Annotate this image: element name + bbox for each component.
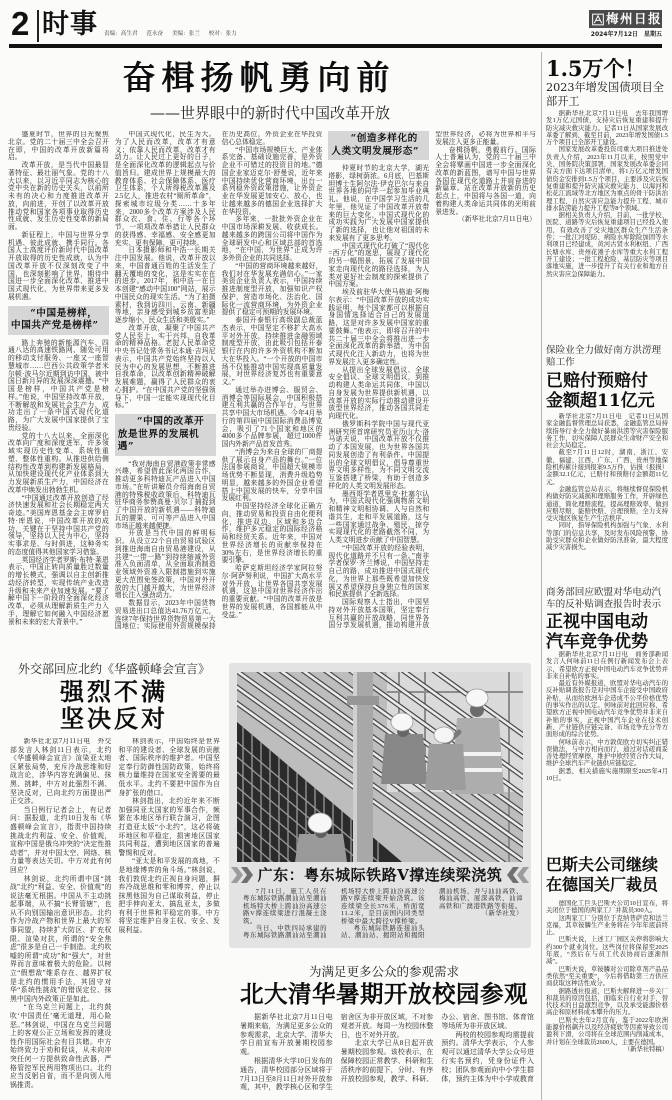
- paragraph: 多年来，一批批外资企业在中国市场深耕发展、收获成长。越来越多的跨国公司将中国作为…: [222, 216, 323, 263]
- masthead-logo: 梅州日报: [589, 10, 662, 28]
- paragraph: 墨西哥学者恩里克·杜塞尔认为，中国式现代化强调物质文明和精神文明相协调、人与自然…: [328, 491, 429, 545]
- paragraph: 金融监管总局表示，将继续督促保险机构做好防灾减损和理赔服务工作，开辟绿色通道，简…: [546, 486, 668, 522]
- photo-feature: 广东：粤东城际铁路V撑连续梁浇筑 7月11日，施工人员在粤东城际铁路潮汕站至潮汕…: [229, 663, 531, 948]
- paragraph: 盛夏时节，世界的目光聚焦北京。党的二十届三中全会召开在即，中国的改革开放新篇将启…: [8, 131, 109, 162]
- paragraph: 林剑指出，北约近年来不断加强同亚太国家的军事合作，频繁在本地区举行联合演习，企图…: [119, 798, 221, 858]
- paragraph: 中国坚持经济全球化正确方向，推动贸易和投资自由化便利化，推进双边、区域和多边合作…: [222, 503, 323, 565]
- basf-article-body: 德国化工巨头巴斯夫公司10日宣布，将关闭位于德国的两家工厂并裁员300人。 这两…: [546, 900, 668, 1100]
- insurance-article-body: 新华社北京7月11日电 记者11日从国家金融监督管理总局获悉，金融监管总局持续指…: [546, 413, 668, 585]
- paragraph: 哈萨克斯坦经济学家阿拉努尔·阿萨努利说，中国扩大高水平对外开放，让世界各国共享发…: [222, 565, 323, 619]
- paragraph: “中国的营商环境越来越好，我们对在华发展充满信心。”一家美资企业负责人表示，中国…: [222, 263, 323, 317]
- section-name: 时事: [42, 8, 98, 42]
- paragraph: 7月11日，施工人员在粤东城际铁路潮汕站至潮汕机场特大桥上跨汕汾高速公路V撑连续…: [243, 888, 327, 925]
- headline-line: 金额超11亿元: [546, 391, 668, 411]
- paragraph: “中国通过改革开放创造了经济快速发展和社会长期稳定两大奇迹。”美国库恩基金会主席…: [8, 495, 109, 557]
- paragraph: 从提出全球发展倡议、全球安全倡议、全球文明倡议，到推动构建人类命运共同体，中国以…: [328, 367, 429, 421]
- nato-headline-line-1: 强烈不满: [8, 678, 220, 705]
- chevron-right-icon: [231, 867, 255, 883]
- insurance-headline: 已赔付预赔付 金额超11亿元: [546, 371, 668, 411]
- credit-proofreader: 校对：张力: [209, 31, 237, 37]
- paragraph: 据相关负责人介绍，目前，一批学校、医院、道路等灾后恢复重建项目已经投入使用，有效…: [546, 212, 668, 278]
- paragraph: 国家发展改革委投资司重大项目推进处负责人介绍，2023年11月以来，按照党中央、…: [546, 146, 668, 212]
- paragraph: 据路透社报道，巴斯夫解释进一步关厂和裁员的原因包括，面临来自行业对手、替代技术的…: [546, 988, 668, 1017]
- headline-line: 巴斯夫公司继续: [546, 855, 668, 875]
- paragraph: 日本摄影师和中浩一长期关注中国发展。他说，改革开放以来，中国普通百姓的生活发生了…: [115, 247, 216, 325]
- paragraph: 同时，指导保险机构加强与气象、水利等部门的信息共享，及时发布风险预警，协助受灾群…: [546, 522, 668, 551]
- paragraph: 据新华社北京7月11日电 暑期来临，为满足更多公众的参观需求，北京大学、清华大学…: [240, 1013, 333, 1057]
- paragraph: 林剑表示，中国始终是世界和平的建设者、全球发展的贡献者、国际秩序的维护者。中国坚…: [119, 738, 221, 798]
- photo-caption-title: 广东：粤东城际铁路V撑连续梁浇筑: [255, 865, 505, 885]
- paragraph: 新华社北京7月11日电 外交部发言人林剑11日表示，北约《华盛顿峰会宣言》渲染亚…: [10, 738, 112, 807]
- paragraph: 巴斯夫去年2月宣布，鉴于2022年欧洲能源价格飙升以及经济疲软等因素导致公司盈利…: [546, 1017, 668, 1046]
- paragraph: 这两家工厂分别位于克纳普萨克和法兰克福，其草铵膦生产业务将在今年年底前终止。: [546, 915, 668, 937]
- paragraph: 据新华社北京7月11日电 商务部新闻发言人何咏前11日在例行新闻发布会上表示，希…: [546, 651, 668, 680]
- paragraph: 何咏前表示，中方敦促欧方切实纠正错误做法，与中方相向而行，通过对话磋商妥善处理经…: [546, 739, 668, 768]
- paragraph: 开放是当代中国的鲜明标识。从设立22个自由贸易试验区到推进海南自由贸易港建设，从…: [115, 530, 216, 600]
- photo-credit: （新华社发）: [439, 910, 523, 917]
- header-divider: [37, 10, 39, 42]
- credit-chief-editor: 责编：高生君: [104, 31, 138, 37]
- paragraph: 林剑说，北约所谓中国“挑战”北约“利益、安全、价值观”的说法毫无根据。中国从不主…: [10, 876, 112, 1005]
- paragraph: 改革开放，凝聚了中国共产党人民至上、实干兴邦、自我革命的精神品格。老挝人民革命党…: [115, 325, 216, 410]
- nato-headline-line-2: 坚决反对: [8, 705, 220, 732]
- main-article-body: 盛夏时节，世界的目光聚焦北京。党的二十届三中全会召开在即，中国的改革开放新篇将启…: [8, 131, 536, 634]
- photo-caption-banner: 广东：粤东城际铁路V撑连续梁浇筑: [229, 865, 531, 885]
- ev-headline: 正视中国电动 汽车竞争优势: [546, 612, 668, 652]
- paragraph: 据悉，相关措施实施期限至2025年4月10日。: [546, 768, 668, 783]
- paragraph: 通过举办进博会、服贸会、消博会等国际展会，中国积极搭建互利共赢的合作平台，与世界…: [222, 387, 323, 449]
- paragraph: “在乌克兰问题上，北约鼓吹‘中国责任’毫无道理，用心险恶。”林剑说，中国在乌克兰…: [10, 1004, 112, 1090]
- issue-date: 2024年7月12日 星期五: [560, 31, 662, 39]
- newspaper-logo-icon: [592, 13, 604, 26]
- bonds-subhead: 2023年增发国债项目全部开工: [546, 81, 668, 109]
- paragraph: 改革开放，是当代中国最显著特征、最壮丽气象。党的十八大以来，以习近平同志为核心的…: [8, 162, 109, 232]
- paragraph: 仲夏时节的北京大学，湖光塔影，绿树荫浓。6月底，巴基斯坦博士生阿尔法·伊克巴尔与…: [328, 165, 429, 243]
- paragraph: 俄罗斯科学院中国与现代亚洲研究所首席研究员亚历山大·洛马诺夫说，中国改革开放不仅…: [328, 421, 429, 491]
- paragraph: 奋楫扬帆，勇毅前行。国际人士普遍认为，党的二十届三中全会将擘画中国进一步全面深化…: [435, 147, 536, 217]
- column-separator: [541, 52, 542, 1100]
- bonds-article-body: 据新华社北京7月11日电 去年我国增发1万亿元国债，支持灾后恢复重建和提升防灾减…: [546, 110, 668, 332]
- paragraph: 巴斯夫说，草铵膦对公司除草剂产品品类依然“至关重要”，今后将借助第三方供应商获取…: [546, 966, 668, 988]
- paragraph: “我对海南自贸港政策非常感兴趣，希望借此深化两国合作，推动更多科特迪瓦产品进入中…: [115, 461, 216, 531]
- page-number: 2: [11, 6, 29, 42]
- header-rule: [9, 44, 662, 48]
- main-subtitle: ——世界眼中的新时代中国改革开放: [130, 104, 410, 122]
- credit-art-editor: 美编：张兰: [172, 31, 200, 37]
- construction-photo: [237, 672, 523, 862]
- basf-headline: 巴斯夫公司继续 在德国关厂裁员: [546, 855, 668, 895]
- paragraph: 德国化工巨头巴斯夫公司10日宣布，将关闭位于德国的两家工厂并裁员300人。: [546, 900, 668, 915]
- section-subhead: “中国的改革开放是世界的发展机遇”: [115, 414, 216, 456]
- paragraph: 埃及前驻华大使马格迪·阿梅尔表示：“中国改革开放的成功实践证明，每个国家都可以根…: [328, 289, 429, 367]
- headline-line: 正视中国电动: [546, 612, 668, 632]
- nato-kicker: 外交部回应北约《华盛顿峰会宣言》: [8, 662, 220, 677]
- basf-credit: （新华社特稿）: [546, 1046, 668, 1053]
- campus-article-body: 据新华社北京7月11日电 暑期来临，为满足更多公众的参观需求，北京大学、清华大学…: [240, 1013, 534, 1100]
- paragraph: “中国市场规模巨大、产业体系完备、基础设施完善，是外资企业不可错过的投资目的地。…: [222, 147, 323, 217]
- paragraph: 路上奔驰的新能源汽车、四通八达的高速铁路网、随处可用的移动支付服务、一座又一座智…: [8, 340, 109, 433]
- ev-article-body: 据新华社北京7月11日电 商务部新闻发言人何咏前11日在例行新闻发布会上表示，希…: [546, 651, 668, 838]
- campus-headline: 北大清华暑期开放校园参观: [232, 981, 536, 1008]
- main-headline: 奋楫扬帆勇向前: [114, 58, 404, 98]
- credit-editor: 范永奋: [146, 31, 163, 37]
- paragraph: 党的十八大以来，全面深化改革向广度和深度进军，许多领域实现历史性变革、系统性重塑…: [8, 433, 109, 495]
- paragraph: “消博会为来自全球的厂商提供了展示自身产品的舞台。”一位法国参展商说，中国超大规…: [222, 449, 323, 503]
- paragraph: 新华社北京7月11日电 记者11日从国家金融监督管理总局获悉，金融监管总局持续指…: [546, 413, 668, 449]
- nato-article-body: 新华社北京7月11日电 外交部发言人林剑11日表示，北约《华盛顿峰会宣言》渲染亚…: [10, 738, 220, 1100]
- section-subhead: “中国是榜样，中国共产党是榜样”: [8, 306, 109, 335]
- paragraph: 新征程上，中国与世界分享机遇、彼此成就、携手同行。各国人士高度评价新时代中国改革…: [8, 232, 109, 302]
- headline-line: 在德国关厂裁员: [546, 875, 668, 895]
- photo-caption-text: 7月11日，施工人员在粤东城际铁路潮汕站至潮汕机场特大桥上跨汕汾高速公路V撑连续…: [243, 888, 523, 944]
- paragraph: 中国式现代化，民生为大。为了人民而改革，改革才有意义；依靠人民而改革，改革才有动…: [115, 131, 216, 247]
- paragraph: 中国式现代化打破了“现代化=西方化”的迷思，展现了现代化的另一幅图景，拓展了发展…: [328, 243, 429, 290]
- editorial-credits: 责编：高生君 范永奋 美编：张兰 校对：张力: [104, 31, 244, 38]
- paragraph: 巴斯夫说，上述工厂园区关停将影响大约300个就业岗位。这些岗位将保留至2025年…: [546, 936, 668, 965]
- paragraph: 据新华社北京7月11日电 去年我国增发1万亿元国债，支持灾后恢复重建和提升防灾减…: [546, 110, 668, 146]
- insurance-kicker: 保险业全力做好南方洪涝理赔工作: [546, 345, 668, 369]
- headline-line: 汽车竞争优势: [546, 632, 668, 652]
- dateline: （新华社北京7月11日电）: [435, 216, 536, 224]
- paragraph: 最近有外媒报道，欧盟对华电动汽车的反补贴调查报告是对中国车企接受中国政府补贴，从…: [546, 680, 668, 738]
- campus-kicker: 为满足更多公众的参观需求: [232, 964, 536, 979]
- paragraph: 截至7月11日12时，湖南、浙江、安徽、福建、江西、广东、广西、贵州等地保险机构…: [546, 449, 668, 485]
- paragraph: “中国改革开放的经验表明，现代化道路并不只有一条。”南非学者保罗·齐兰博说，中国…: [328, 545, 429, 599]
- paragraph: 泰国开泰银行高级副总裁蓝杰表示，中国坚定不移扩大高水平对外开放，持续推进金融领域…: [222, 317, 323, 387]
- masthead-name: 梅州日报: [606, 10, 662, 28]
- paragraph: 英国经济学者罗斯·布特·莱恩表示，中国正转向质量胜过数量的增长模式，强调以自主创…: [8, 557, 109, 627]
- bridge-construction-image-icon: [237, 672, 523, 862]
- chevron-left-icon: [505, 867, 529, 883]
- headline-line: 已赔付预赔付: [546, 371, 668, 391]
- paragraph: “亚太是和平发展的高地，不是地缘博弈的角斗场。”林剑说，我们敦促北约正视自身问题…: [119, 858, 221, 935]
- ev-kicker: 商务部回应欧盟对华电动汽车的反补贴调查报告时表示: [546, 587, 668, 610]
- bonds-headline: 1.5万个！: [546, 57, 668, 81]
- paragraph: 当日例行记者会上，有记者问：据报道，北约10日发布《华盛顿峰会宣言》，指责中国持…: [10, 807, 112, 876]
- section-subhead: “创造多样化的人类文明发展形态”: [328, 131, 429, 160]
